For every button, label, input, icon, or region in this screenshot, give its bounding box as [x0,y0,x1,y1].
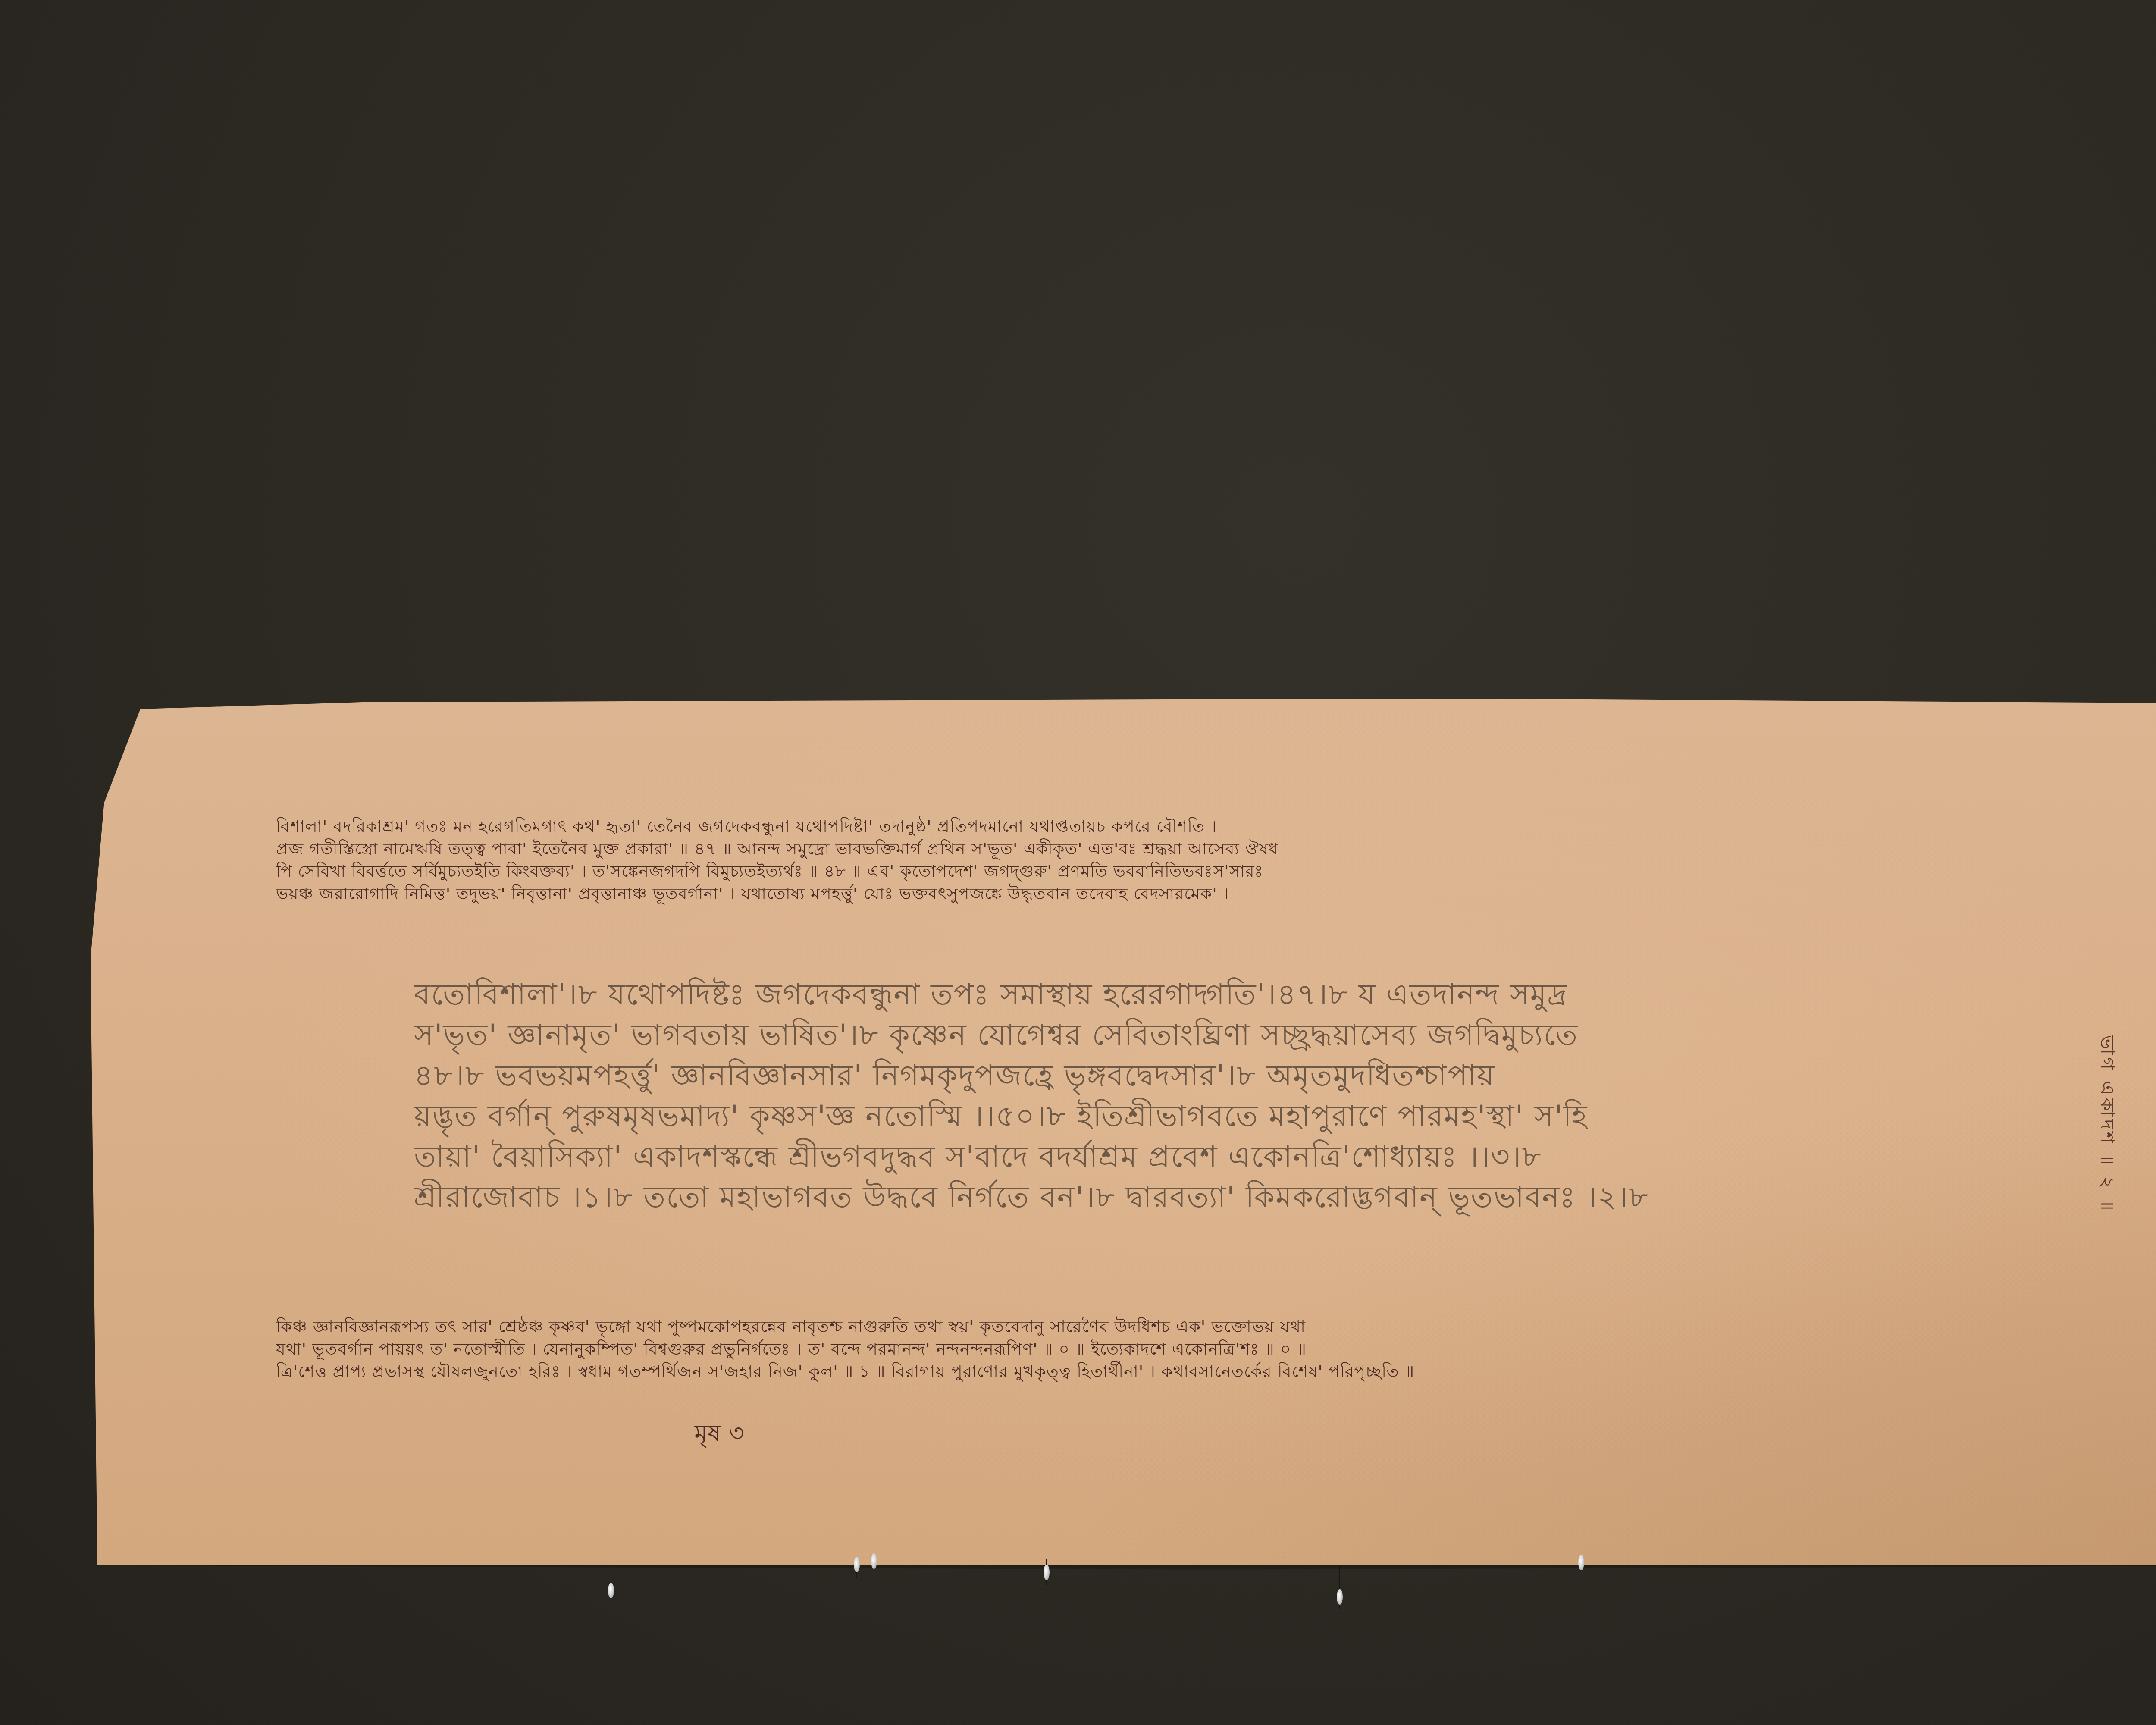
main-text-line: শ্রীরাজোবাচ ।১।৮ ততো মহাভাগবত উদ্ধবে নির… [414,1177,1649,1218]
commentary-line: প্রজ গতীস্তিস্ত্রো নামেঋষি তত্ত্ব পাবা' … [276,837,1278,860]
main-text-block: বতোবিশালা'।৮ যথোপদিষ্টঃ জগদেকবন্ধুনা তপঃ… [414,975,1649,1218]
commentary-line: যথা' ভূতবর্গান পায়য়ৎ ত' নতোস্মীতি । যে… [276,1338,1414,1360]
commentary-line: ত্রি'শেত্ত প্রাপ্য প্রভাসস্থ যৌষলজুনতো হ… [276,1360,1414,1383]
pin-icon [1578,1555,1584,1570]
main-text-line: য়দ্ভৃত বর্গান্ পুরুষমৃষভমাদ্য' কৃষ্ণস'জ… [414,1096,1649,1137]
pin-icon [871,1553,877,1569]
margin-note: ভাগ একাদশ ॥ ২ ॥ [2090,1035,2122,1213]
commentary-line: ভয়ঞ্চ জরারোগাদি নিমিত্ত' তদুভয়' নিবৃত্… [276,882,1278,905]
commentary-line: কিঞ্চ জ্ঞানবিজ্ঞানরূপস্য তৎ সার' শ্রেষ্ঠ… [276,1315,1414,1338]
commentary-line: পি সেবিখা বিবর্ত্ততে সর্বিমুচ্যতইতি কিংব… [276,860,1278,882]
main-text-line: ৪৮।৮ ভবভয়মপহর্ত্তু' জ্ঞানবিজ্ঞানসার' নি… [414,1056,1649,1096]
folio-marker: মৃষ ৩ [694,1414,744,1455]
main-text-line: বতোবিশালা'।৮ যথোপদিষ্টঃ জগদেকবন্ধুনা তপঃ… [414,975,1649,1015]
commentary-bottom: কিঞ্চ জ্ঞানবিজ্ঞানরূপস্য তৎ সার' শ্রেষ্ঠ… [276,1315,1414,1383]
main-text-line: তায়া' বৈয়াসিক্যা' একাদশস্কন্ধে শ্রীভগব… [414,1137,1649,1177]
pin-icon [1044,1565,1050,1580]
commentary-line: বিশালা' বদরিকাশ্রম' গতঃ মন হরেগতিমগাৎ কথ… [276,815,1278,837]
manuscript-leaf: বিশালা' বদরিকাশ্রম' গতঃ মন হরেগতিমগাৎ কথ… [91,699,2156,1565]
pin-icon [608,1583,614,1598]
pin-icon [854,1557,860,1572]
main-text-line: স'ভৃত' জ্ঞানামৃত' ভাগবতায় ভাষিত'।৮ কৃষ্… [414,1015,1649,1056]
pin-icon [1337,1589,1343,1605]
commentary-top: বিশালা' বদরিকাশ্রম' গতঃ মন হরেগতিমগাৎ কথ… [276,815,1278,905]
